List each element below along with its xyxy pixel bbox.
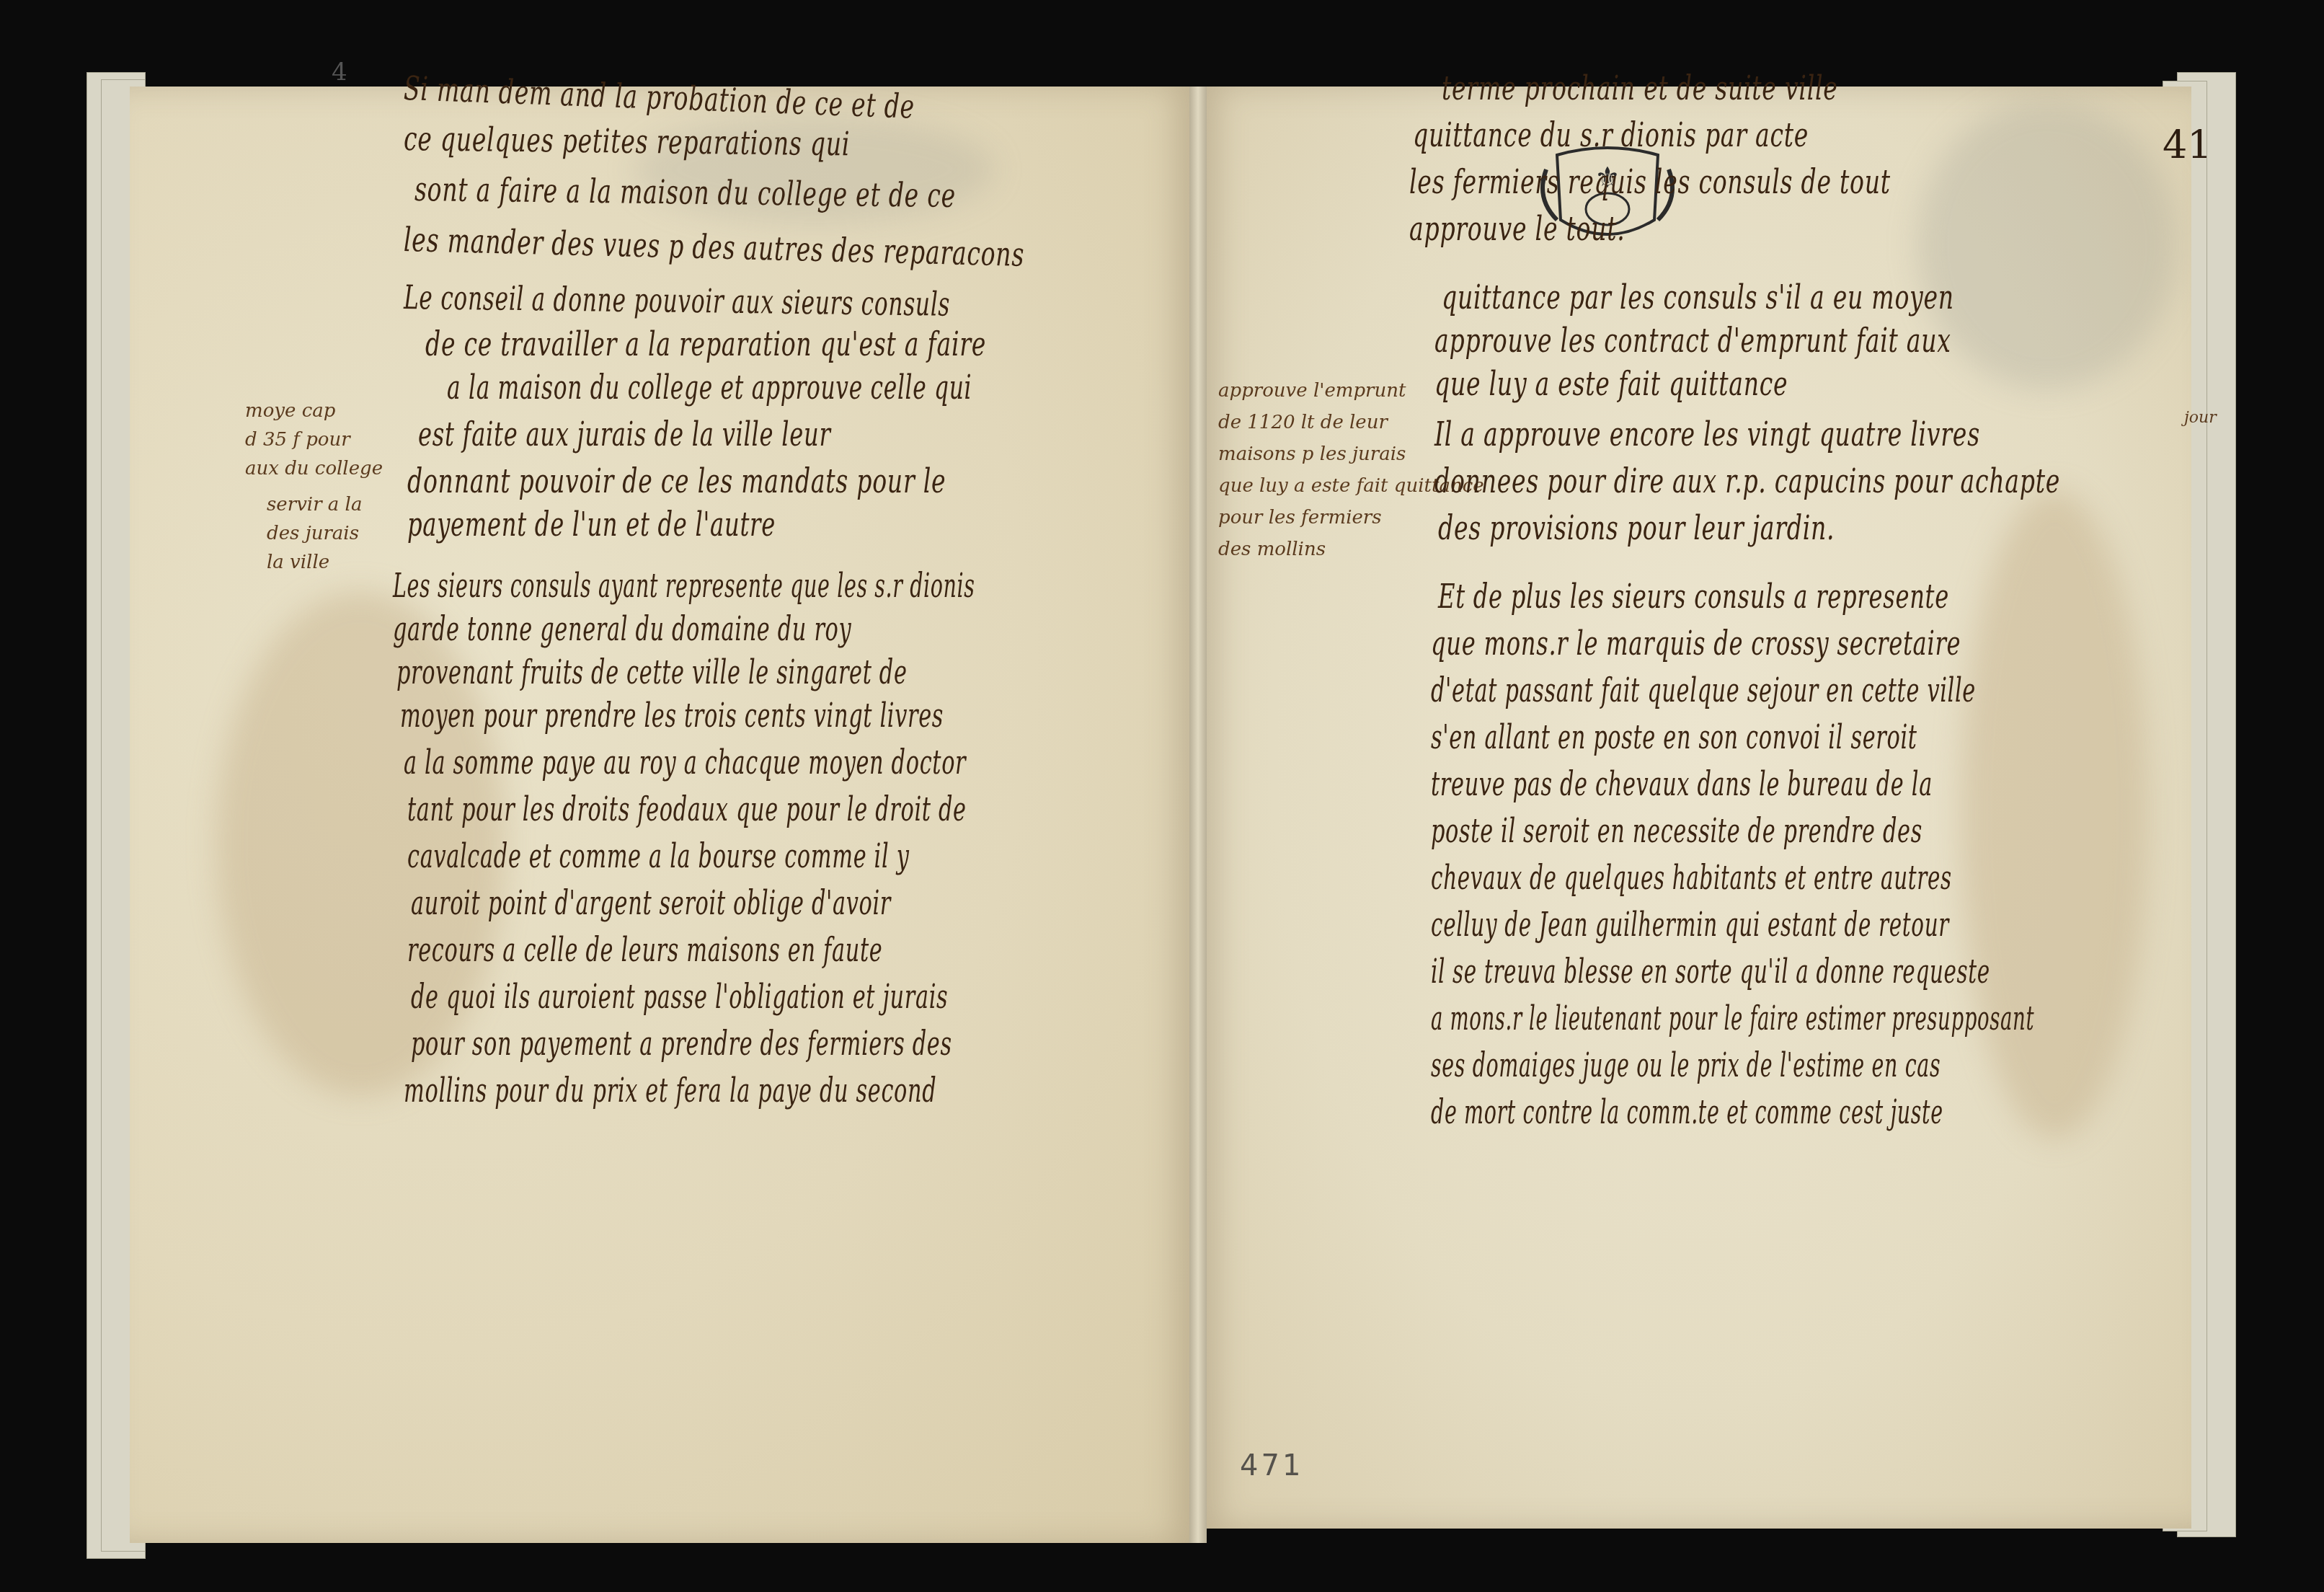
manuscript-line: que mons.r le marquis de crossy secretai… xyxy=(1431,624,1961,663)
right-margin-mark: jour xyxy=(2184,404,2217,433)
manuscript-line: poste il seroit en necessite de prendre … xyxy=(1431,811,1922,850)
manuscript-line: treuve pas de chevaux dans le bureau de … xyxy=(1431,764,1933,803)
manuscript-line: provenant fruits de cette ville le singa… xyxy=(396,653,908,691)
manuscript-line: approuve le tout. xyxy=(1409,209,1625,248)
manuscript-line: ce quelques petites reparations qui xyxy=(404,119,850,164)
manuscript-line: a mons.r le lieutenant pour le faire est… xyxy=(1431,999,2034,1038)
manuscript-line: pour son payement a prendre des fermiers… xyxy=(411,1024,952,1063)
manuscript-line: tant pour les droits feodaux que pour le… xyxy=(407,790,967,828)
manuscript-line: quittance par les consuls s'il a eu moye… xyxy=(1442,278,1954,317)
margin-note: moye cap d 35 f pour aux du college xyxy=(245,397,383,483)
manuscript-line: les fermiers requis les consuls de tout xyxy=(1409,162,1891,201)
pencil-number: 471 xyxy=(1240,1449,1303,1482)
manuscript-line: Et de plus les sieurs consuls a represen… xyxy=(1438,577,1949,616)
manuscript-line: que luy a este fait quittance xyxy=(1434,364,1788,403)
manuscript-line: payement de l'un et de l'autre xyxy=(407,505,776,544)
manuscript-line: s'en allant en poste en son convoi il se… xyxy=(1431,717,1917,756)
manuscript-line: terme prochain et de suite ville xyxy=(1442,68,1838,107)
manuscript-line: quittance du s.r dionis par acte xyxy=(1413,115,1809,154)
manuscript-line: approuve les contract d'emprunt fait aux xyxy=(1434,321,1951,360)
manuscript-line: auroit point d'argent seroit oblige d'av… xyxy=(411,883,891,922)
manuscript-line: il se treuva blesse en sorte qu'il a don… xyxy=(1431,952,1990,991)
margin-note: servir a la des jurais la ville xyxy=(267,490,362,577)
manuscript-line: d'etat passant fait quelque sejour en ce… xyxy=(1431,671,1976,709)
water-stain xyxy=(1917,101,2177,389)
manuscript-line: de ce travailler a la reparation qu'est … xyxy=(425,324,986,363)
manuscript-line: a la maison du college et approuve celle… xyxy=(447,368,972,407)
manuscript-line: celluy de Jean guilhermin qui estant de … xyxy=(1431,905,1949,944)
water-stain xyxy=(1961,490,2148,1139)
manuscript-line: chevaux de quelques habitants et entre a… xyxy=(1431,858,1952,897)
manuscript-line: garde tonne general du domaine du roy xyxy=(393,609,851,648)
manuscript-line: moyen pour prendre les trois cents vingt… xyxy=(400,696,944,735)
manuscript-line: Le conseil a donne pouvoir aux sieurs co… xyxy=(404,278,951,324)
book-gutter xyxy=(1189,87,1207,1543)
folio-number: 41 xyxy=(2163,123,2212,168)
manuscript-line: Il a approuve encore les vingt quatre li… xyxy=(1434,415,1980,454)
manuscript-line: sont a faire a la maison du college et d… xyxy=(414,169,956,215)
manuscript-line: des provisions pour leur jardin. xyxy=(1438,508,1835,547)
manuscript-line: donnant pouvoir de ce les mandats pour l… xyxy=(407,461,946,500)
manuscript-line: Les sieurs consuls ayant represente que … xyxy=(393,566,975,605)
corner-mark: 4 xyxy=(332,58,347,87)
manuscript-line: a la somme paye au roy a chacque moyen d… xyxy=(404,743,966,782)
manuscript-line: donnees pour dire aux r.p. capucins pour… xyxy=(1434,461,2060,500)
manuscript-line: de quoi ils auroient passe l'obligation … xyxy=(411,977,948,1016)
manuscript-line: recours a celle de leurs maisons en faut… xyxy=(407,930,882,969)
manuscript-line: cavalcade et comme a la bourse comme il … xyxy=(407,836,909,875)
manuscript-line: mollins pour du prix et fera la paye du … xyxy=(404,1071,936,1110)
manuscript-line: ses domaiges juge ou le prix de l'estime… xyxy=(1431,1045,1941,1084)
manuscript-line: de mort contre la comm.te et comme cest … xyxy=(1431,1092,1943,1131)
manuscript-line: est faite aux jurais de la ville leur xyxy=(418,415,831,454)
